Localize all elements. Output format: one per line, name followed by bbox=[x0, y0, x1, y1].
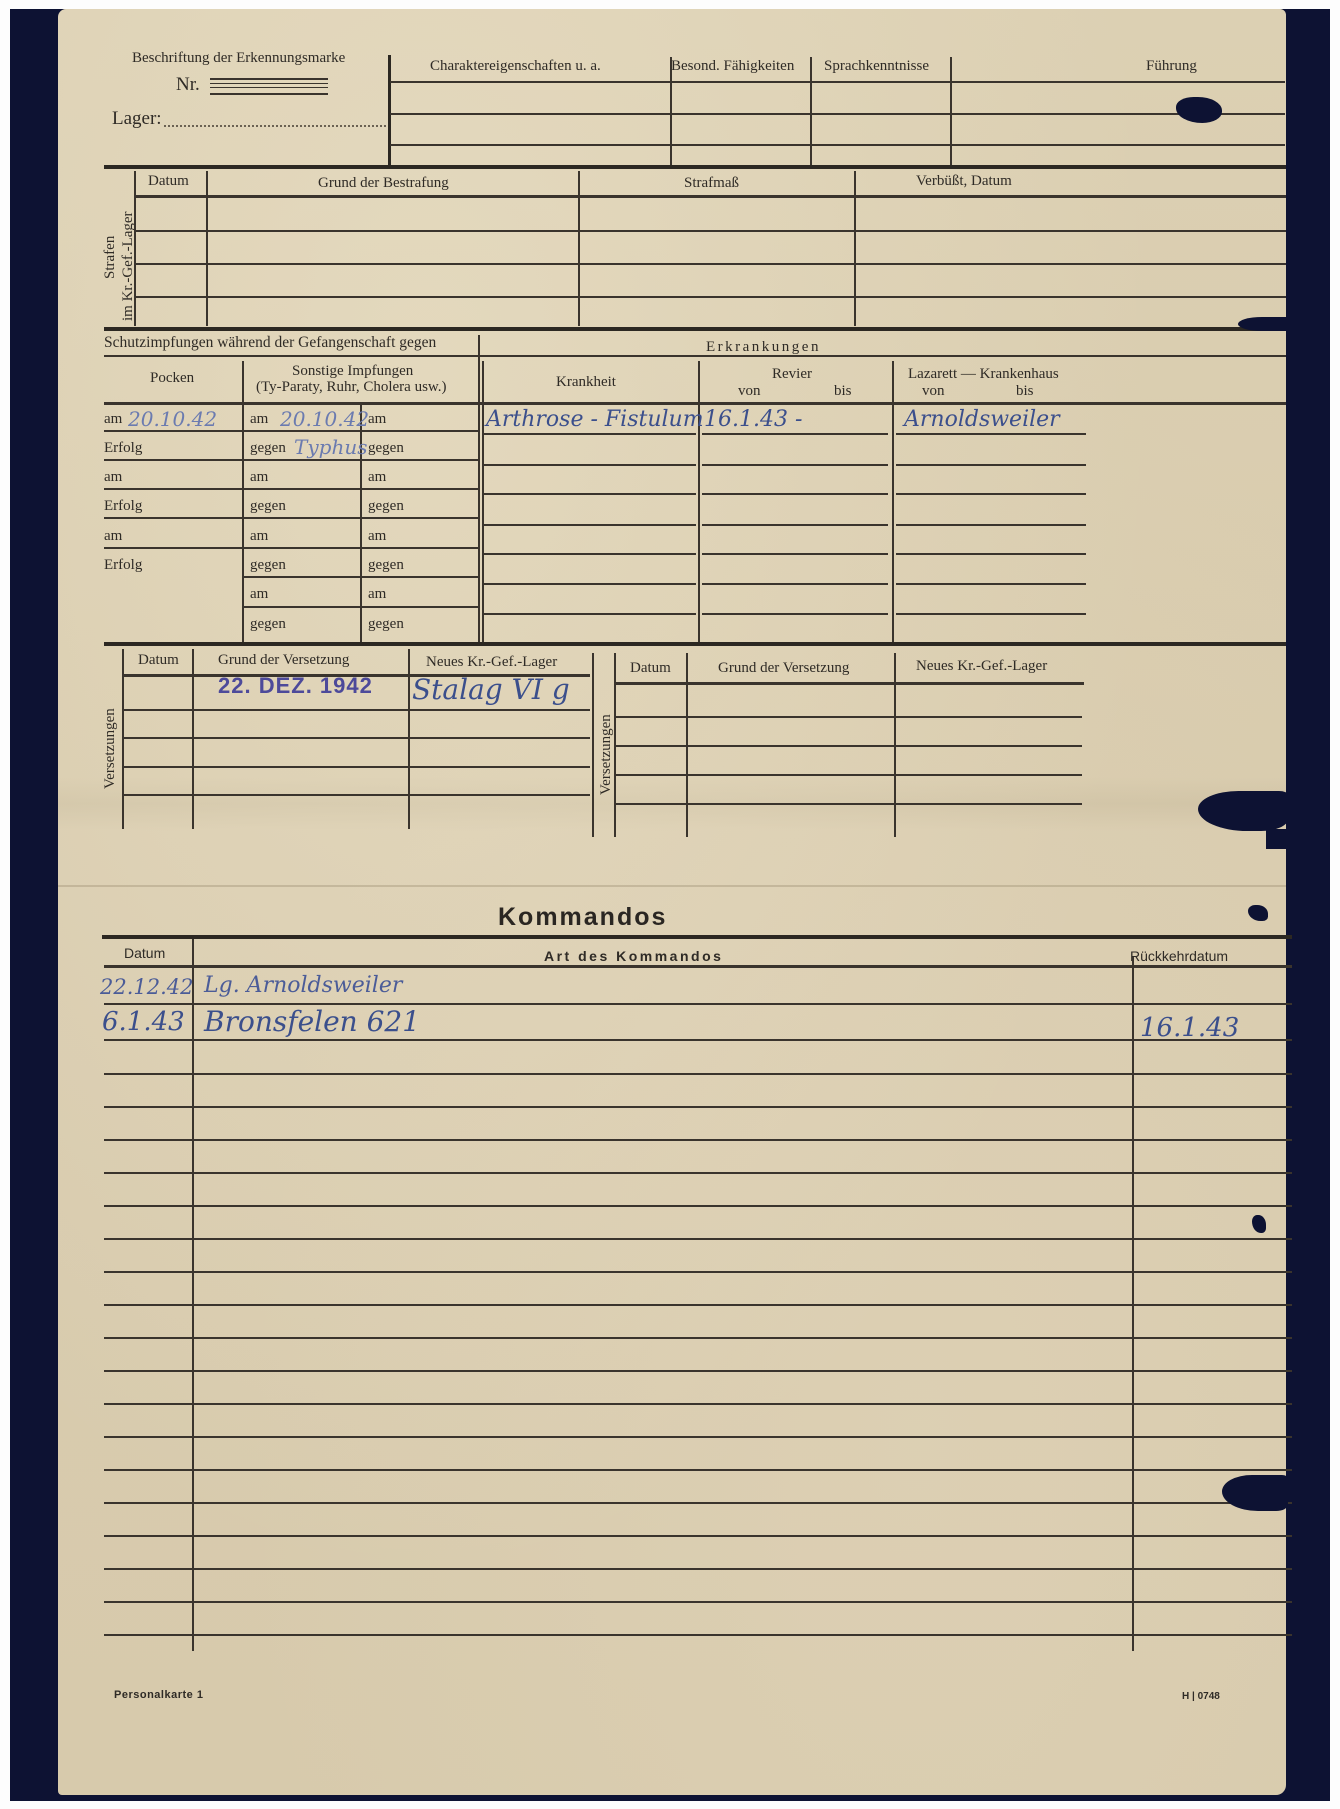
sonstige-row: gegen bbox=[250, 499, 286, 514]
row-line bbox=[484, 464, 696, 466]
row-line bbox=[104, 1073, 1292, 1075]
tear bbox=[1266, 829, 1286, 849]
pocken-row: Erfolg bbox=[104, 441, 142, 456]
row-line bbox=[702, 613, 888, 615]
row-line bbox=[104, 1601, 1292, 1603]
personalkarte-document: Beschriftung der Erkennungsmarke Nr. Lag… bbox=[58, 9, 1286, 1795]
row-line bbox=[136, 263, 1286, 265]
section-divider bbox=[104, 165, 1286, 169]
vers-col-lager: Neues Kr.-Gef.-Lager bbox=[426, 655, 557, 670]
pocken-label: Pocken bbox=[150, 371, 194, 386]
pocken-row: Erfolg bbox=[104, 558, 142, 573]
row-line bbox=[104, 1469, 1292, 1471]
divider bbox=[482, 361, 484, 643]
row-line bbox=[104, 1568, 1292, 1570]
row-line bbox=[104, 1205, 1292, 1207]
section-divider bbox=[104, 642, 1286, 646]
sonstige-row: am bbox=[368, 412, 386, 427]
sonstige-row: am bbox=[368, 470, 386, 485]
section-divider bbox=[102, 935, 1292, 939]
pocken-row: am bbox=[104, 412, 122, 427]
tear bbox=[1222, 1475, 1288, 1511]
row-line bbox=[136, 296, 1286, 298]
tear bbox=[1248, 905, 1268, 921]
sonstige-row: am bbox=[250, 529, 268, 544]
versetzungen-side-label: Versetzungen bbox=[102, 708, 119, 789]
row-line bbox=[896, 524, 1086, 526]
row-line bbox=[104, 1106, 1292, 1108]
krankheit-label: Krankheit bbox=[556, 375, 616, 390]
punch-hole bbox=[1176, 97, 1222, 123]
row-line bbox=[390, 144, 1285, 146]
row-line bbox=[104, 1139, 1292, 1141]
lazarett-bis: bis bbox=[1016, 384, 1034, 399]
row-line bbox=[124, 737, 590, 739]
versetzung-date-stamp: 22. DEZ. 1942 bbox=[218, 673, 373, 699]
pocken-am-date: 20.10.42 bbox=[128, 407, 217, 431]
divider bbox=[670, 57, 672, 165]
row-line bbox=[136, 230, 1286, 232]
divider bbox=[698, 361, 700, 643]
kommandos-title: Kommandos bbox=[498, 905, 667, 930]
versetzung-new-lager: Stalag VI g bbox=[412, 673, 570, 706]
col-charakter: Charaktereigenschaften u. a. bbox=[430, 59, 601, 74]
row-line bbox=[702, 493, 888, 495]
sonstige-sublabel: (Ty-Paraty, Ruhr, Cholera usw.) bbox=[256, 380, 447, 395]
revier-label: Revier bbox=[772, 367, 812, 382]
vers-col-grund: Grund der Versetzung bbox=[218, 653, 349, 668]
strafen-col-datum: Datum bbox=[148, 174, 189, 189]
sonstige-row: gegen bbox=[250, 441, 286, 456]
row-line bbox=[896, 464, 1086, 466]
row-line bbox=[104, 1535, 1292, 1537]
row-line bbox=[244, 606, 478, 608]
komm-col-art: Art des Kommandos bbox=[544, 949, 723, 963]
revier-bis: bis bbox=[834, 384, 852, 399]
row-line bbox=[104, 965, 1292, 968]
kommando-datum: 22.12.42 bbox=[100, 975, 194, 999]
row-line bbox=[896, 613, 1086, 615]
col-fuehrung: Führung bbox=[1146, 59, 1197, 74]
nr-field[interactable] bbox=[210, 78, 328, 95]
sonstige-am-date: 20.10.42 bbox=[280, 407, 369, 431]
nr-label: Nr. bbox=[176, 75, 200, 94]
row-line bbox=[104, 1039, 1292, 1041]
row-line bbox=[244, 576, 478, 578]
komm-col-datum: Datum bbox=[124, 946, 165, 960]
sonstige-row: am bbox=[250, 587, 268, 602]
row-line bbox=[104, 488, 478, 490]
row-line bbox=[104, 517, 478, 519]
row-line bbox=[896, 433, 1086, 435]
row-line bbox=[104, 1436, 1292, 1438]
lazarett-label: Lazarett — Krankenhaus bbox=[908, 367, 1059, 382]
row-line bbox=[702, 553, 888, 555]
lager-field[interactable] bbox=[164, 125, 386, 127]
sonstige-row: am bbox=[368, 529, 386, 544]
form-name: Personalkarte 1 bbox=[114, 1690, 203, 1701]
kommando-art: Bronsfelen 621 bbox=[204, 1005, 420, 1038]
vers-right-col-grund: Grund der Versetzung bbox=[718, 661, 849, 676]
sonstige-row: gegen bbox=[368, 617, 404, 632]
divider bbox=[478, 335, 480, 643]
col-faehigkeiten: Besond. Fähigkeiten bbox=[671, 59, 794, 74]
row-line bbox=[136, 195, 1286, 198]
row-line bbox=[390, 113, 1285, 115]
row-line bbox=[104, 1370, 1292, 1372]
sonstige-row: am bbox=[250, 412, 268, 427]
revier-von: von bbox=[738, 384, 761, 399]
row-line bbox=[104, 1238, 1292, 1240]
divider bbox=[810, 57, 812, 165]
row-line bbox=[104, 1502, 1292, 1504]
vers-right-col-datum: Datum bbox=[630, 661, 671, 676]
row-line bbox=[104, 1172, 1292, 1174]
pocken-row: am bbox=[104, 529, 122, 544]
row-line bbox=[104, 1003, 1292, 1005]
row-line bbox=[616, 774, 1082, 776]
vers-right-col-lager: Neues Kr.-Gef.-Lager bbox=[916, 659, 1047, 674]
row-line bbox=[104, 1403, 1292, 1405]
impfungen-title: Schutzimpfungen während der Gefangenscha… bbox=[104, 335, 436, 351]
row-line bbox=[484, 613, 696, 615]
row-line bbox=[896, 583, 1086, 585]
row-line bbox=[104, 1634, 1292, 1636]
paper-fold bbox=[58, 885, 1286, 887]
lazarett-entry: Arnoldsweiler bbox=[904, 407, 1060, 432]
row-line bbox=[124, 794, 590, 796]
row-line bbox=[702, 464, 888, 466]
sonstige-row: gegen bbox=[368, 558, 404, 573]
form-number: H | 0748 bbox=[1182, 1692, 1220, 1702]
pocken-row: am bbox=[104, 470, 122, 485]
kommando-art: Lg. Arnoldsweiler bbox=[204, 973, 402, 998]
divider bbox=[592, 653, 594, 837]
kommando-datum: 6.1.43 bbox=[102, 1007, 185, 1037]
row-line bbox=[484, 433, 696, 435]
row-line bbox=[104, 1271, 1292, 1273]
row-line bbox=[390, 81, 1285, 83]
sonstige-row: gegen bbox=[250, 617, 286, 632]
row-line bbox=[702, 433, 888, 435]
divider bbox=[192, 939, 194, 1651]
sonstige-row: gegen bbox=[368, 441, 404, 456]
erkennungsmarke-label: Beschriftung der Erkennungsmarke bbox=[132, 51, 345, 66]
revier-von-entry: 16.1.43 - bbox=[704, 407, 802, 432]
row-line bbox=[104, 547, 478, 549]
komm-col-rueckkehr: Rückkehrdatum bbox=[1130, 949, 1228, 963]
tear bbox=[1252, 1215, 1266, 1233]
row-line bbox=[896, 493, 1086, 495]
row-line bbox=[484, 493, 696, 495]
strafen-col-verbuesst: Verbüßt, Datum bbox=[916, 174, 1012, 189]
strafen-side-label: Strafen bbox=[102, 236, 119, 279]
vers-col-datum: Datum bbox=[138, 653, 179, 668]
sonstige-row: gegen bbox=[368, 499, 404, 514]
row-line bbox=[124, 766, 590, 768]
row-line bbox=[616, 745, 1082, 747]
row-line bbox=[616, 716, 1082, 718]
pocken-row: Erfolg bbox=[104, 499, 142, 514]
row-line bbox=[896, 553, 1086, 555]
lazarett-von: von bbox=[922, 384, 945, 399]
sonstige-row: gegen bbox=[250, 558, 286, 573]
divider bbox=[388, 55, 391, 165]
tear bbox=[1238, 317, 1286, 331]
strafen-col-strafmass: Strafmaß bbox=[684, 176, 739, 191]
col-sprachkenntnisse: Sprachkenntnisse bbox=[824, 59, 929, 74]
row-line bbox=[484, 553, 696, 555]
sonstige-row: am bbox=[250, 470, 268, 485]
erkrankungen-title: Erkrankungen bbox=[706, 340, 821, 355]
row-line bbox=[484, 524, 696, 526]
divider bbox=[892, 361, 894, 643]
row-line bbox=[616, 803, 1082, 805]
versetzungen-side-label-right: Versetzungen bbox=[598, 714, 615, 795]
sonstige-label: Sonstige Impfungen bbox=[292, 364, 413, 379]
sonstige-gegen-value: Typhus bbox=[294, 435, 367, 459]
row-line bbox=[104, 402, 1286, 405]
row-line bbox=[104, 1304, 1292, 1306]
row-line bbox=[104, 1337, 1292, 1339]
row-line bbox=[702, 524, 888, 526]
row-line bbox=[124, 709, 590, 711]
tear bbox=[1198, 791, 1288, 831]
row-line bbox=[616, 682, 1084, 685]
row-line bbox=[104, 355, 1286, 357]
section-divider bbox=[104, 327, 1286, 331]
strafen-col-grund: Grund der Bestrafung bbox=[318, 176, 449, 191]
lager-label: Lager: bbox=[112, 109, 162, 128]
row-line bbox=[702, 583, 888, 585]
sonstige-row: am bbox=[368, 587, 386, 602]
divider bbox=[950, 57, 952, 165]
krankheit-entry: Arthrose - Fistulum bbox=[486, 407, 704, 432]
row-line bbox=[104, 459, 478, 461]
row-line bbox=[484, 583, 696, 585]
